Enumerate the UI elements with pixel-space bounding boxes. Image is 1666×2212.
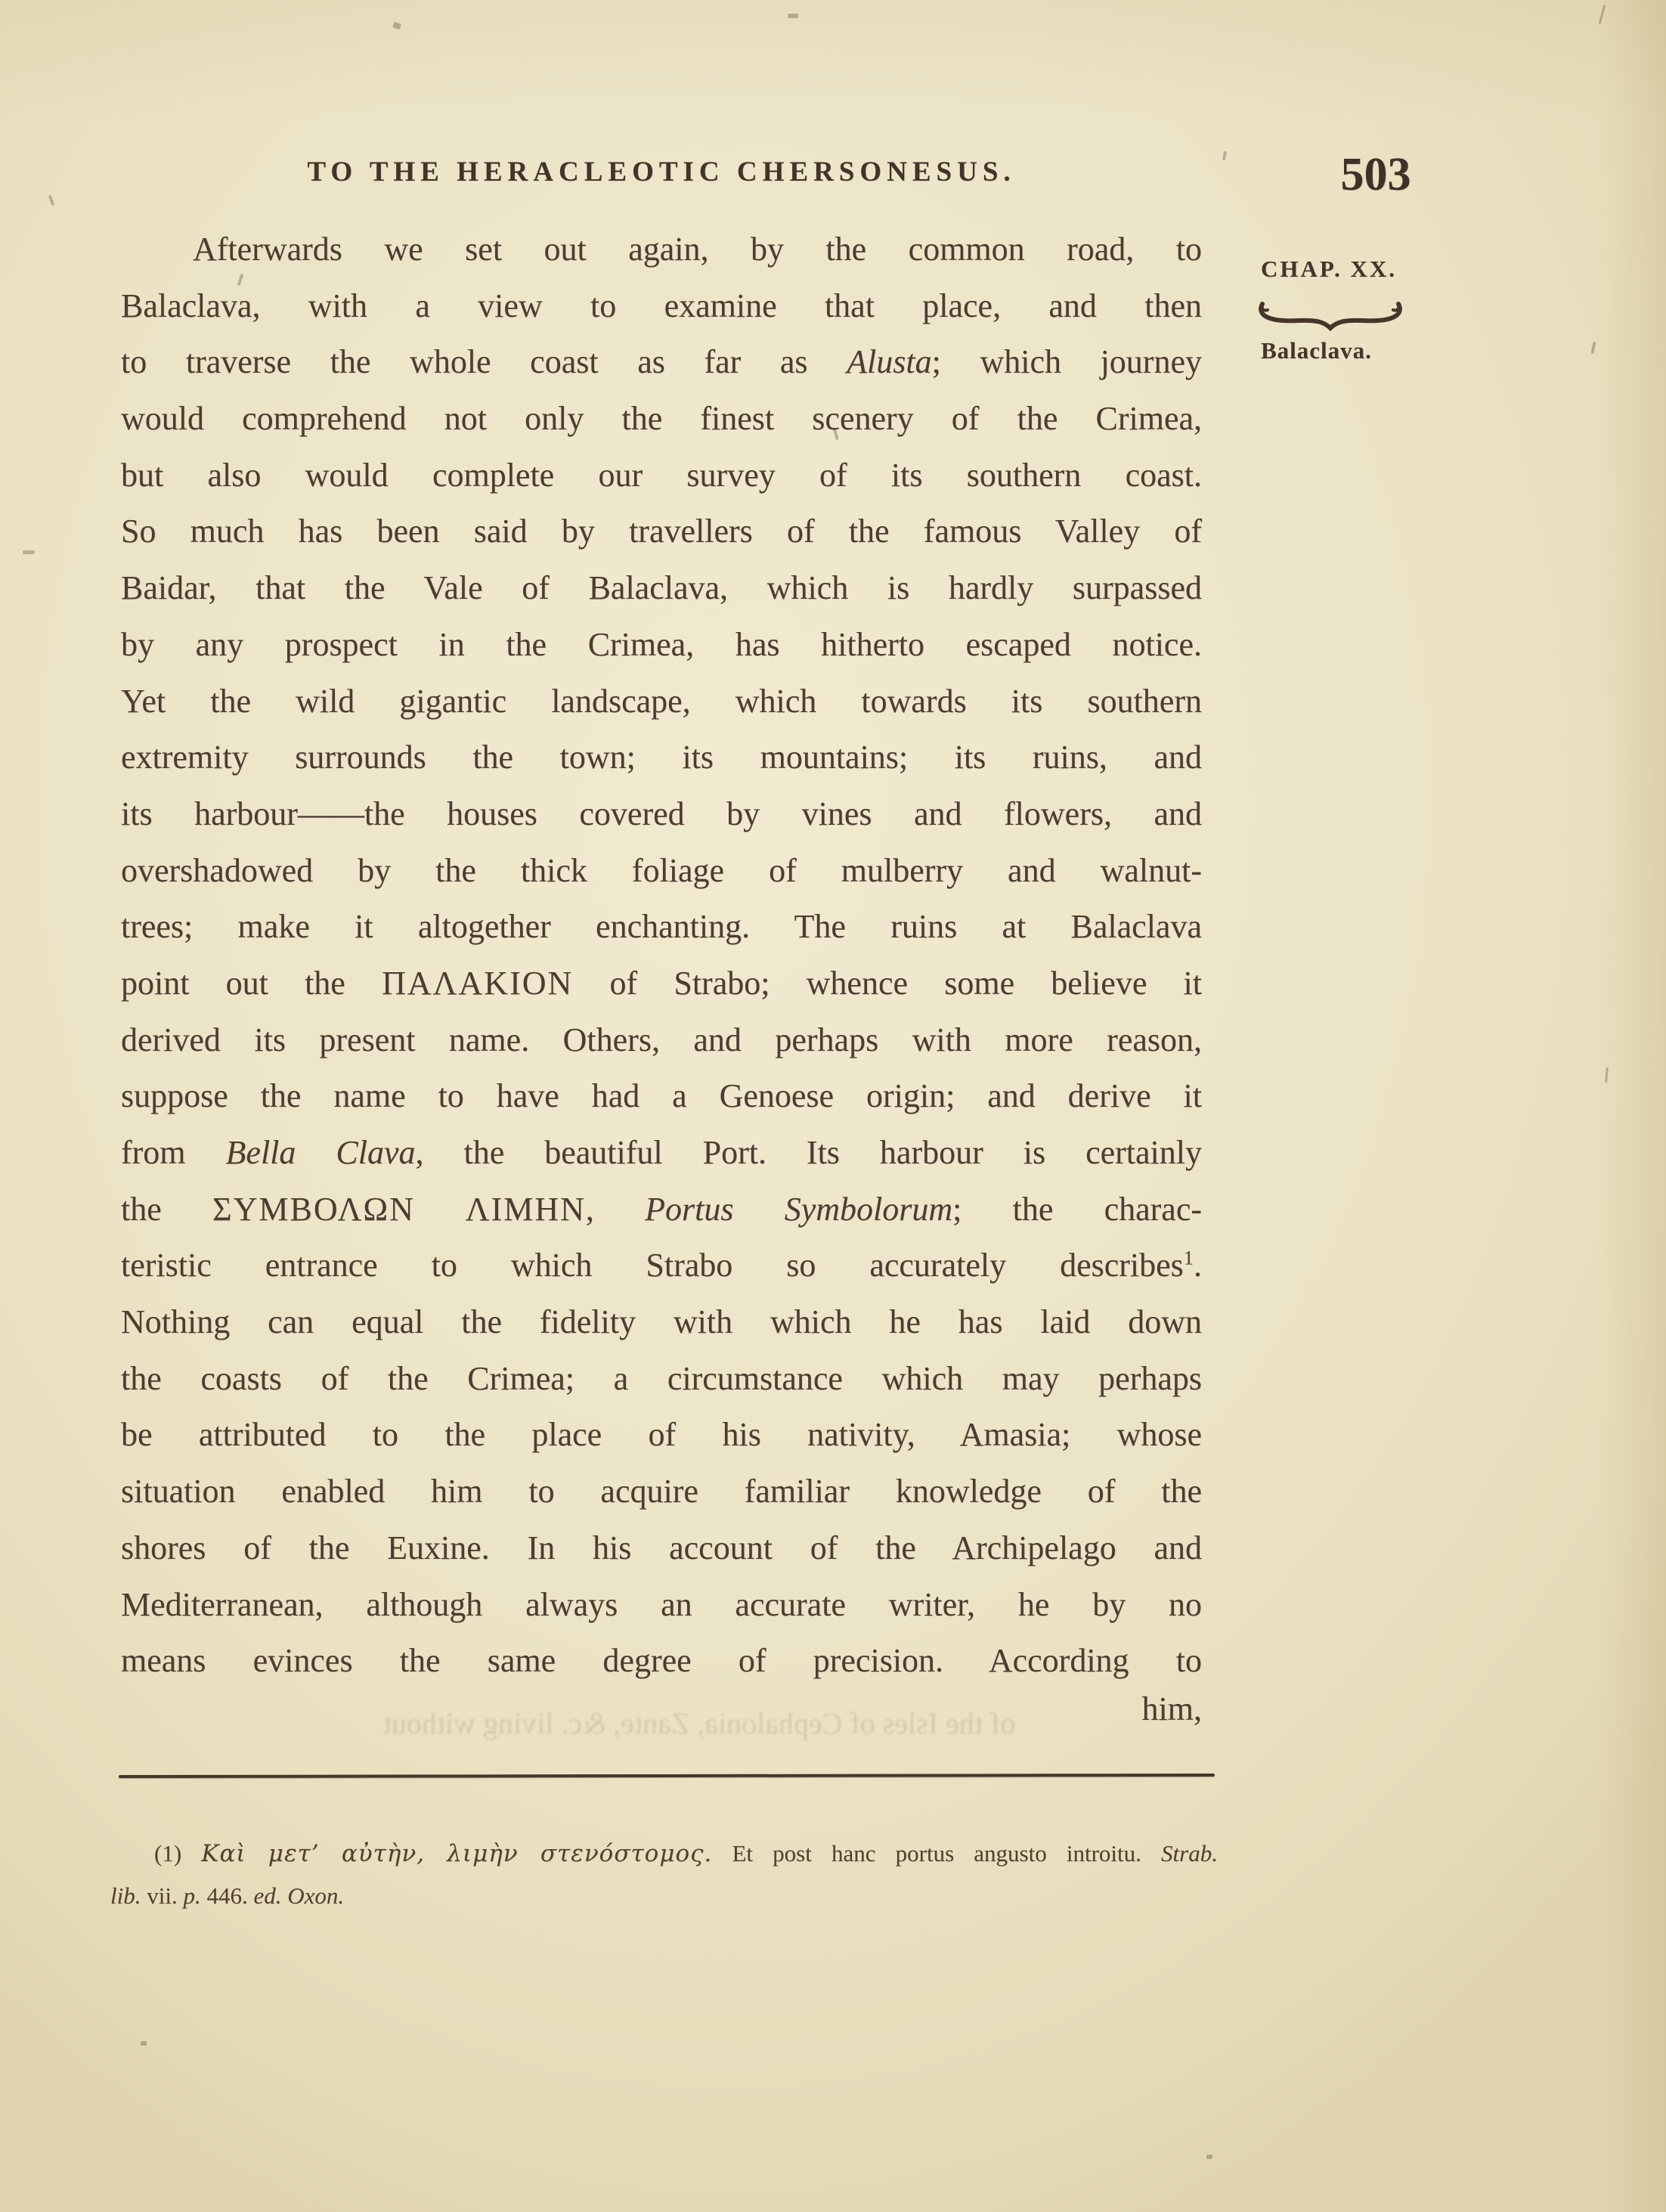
text-segment: So much has been said by travellers of t… — [121, 513, 1202, 550]
page-number: 503 — [1319, 148, 1432, 202]
body-line: its harbour——the houses covered by vines… — [121, 786, 1202, 843]
body-line: but also would complete our survey of it… — [121, 448, 1202, 504]
text-segment: 1 — [1184, 1247, 1194, 1269]
body-line: derived its present name. Others, and pe… — [121, 1012, 1202, 1069]
text-segment: shores of the Euxine. In his account of … — [121, 1529, 1202, 1566]
paper-speck — [1206, 2155, 1212, 2159]
paper-speck — [788, 14, 798, 18]
text-segment: Alusta — [847, 343, 931, 380]
body-line: trees; make it altogether enchanting. Th… — [121, 899, 1202, 956]
body-line: Balaclava, with a view to examine that p… — [121, 278, 1202, 335]
body-line: the ΣΥΜΒΟΛΩΝ ΛΙΜΗΝ, Portus Symbolorum; t… — [121, 1182, 1202, 1238]
text-segment: Mediterranean, although always an accura… — [121, 1586, 1202, 1623]
paper-speck — [1605, 1067, 1609, 1083]
chapter-brace-flourish-icon — [1255, 298, 1409, 331]
text-segment: p. — [183, 1882, 200, 1909]
text-segment: derived its present name. Others, and pe… — [121, 1021, 1202, 1058]
text-segment: ed. Oxon. — [253, 1882, 344, 1909]
body-line: shores of the Euxine. In his account of … — [121, 1520, 1202, 1577]
text-segment: Balaclava, with a view to examine that p… — [121, 287, 1202, 324]
text-segment: ΠΑΛΑΚΙΟΝ — [382, 965, 573, 1002]
body-line: extremity surrounds the town; its mounta… — [121, 730, 1202, 786]
side-margin-note: Balaclava. — [1261, 337, 1372, 364]
text-segment: to traverse the whole coast as far as — [121, 343, 847, 380]
body-line: Mediterranean, although always an accura… — [121, 1577, 1202, 1634]
paper-speck — [1599, 5, 1606, 24]
text-segment: teristic entrance to which Strabo so acc… — [121, 1247, 1184, 1284]
body-line: overshadowed by the thick foliage of mul… — [121, 843, 1202, 900]
text-segment: by any prospect in the Crimea, has hithe… — [121, 626, 1202, 663]
paper-speck — [1590, 342, 1596, 354]
body-line: situation enabled him to acquire familia… — [121, 1464, 1202, 1520]
text-segment: ; which journey — [932, 343, 1202, 380]
body-line: by any prospect in the Crimea, has hithe… — [121, 617, 1202, 674]
paper-speck — [141, 2041, 147, 2046]
body-line: Yet the wild gigantic landscape, which t… — [121, 674, 1202, 730]
text-segment: trees; make it altogether enchanting. Th… — [121, 908, 1202, 945]
text-segment: Καὶ μετ’ αὐτὴν, λιμὴν στενόστομος. — [201, 1840, 712, 1867]
text-segment: situation enabled him to acquire familia… — [121, 1473, 1202, 1510]
catchword: him, — [121, 1690, 1202, 1728]
body-line: Afterwards we set out again, by the comm… — [121, 222, 1202, 278]
paper-speck — [1222, 151, 1227, 161]
chapter-margin-note: CHAP. XX. — [1261, 256, 1397, 283]
text-segment: , — [586, 1191, 645, 1228]
footnote: (1) Καὶ μετ’ αὐτὴν, λιμὴν στενόστομος. E… — [110, 1832, 1218, 1917]
body-line: Baidar, that the Vale of Balaclava, whic… — [121, 560, 1202, 617]
body-text: Afterwards we set out again, by the comm… — [121, 222, 1202, 1690]
footnote-rule — [119, 1774, 1215, 1778]
text-segment: the — [121, 1191, 212, 1228]
footnote-line: (1) Καὶ μετ’ αὐτὴν, λιμὴν στενόστομος. E… — [110, 1832, 1218, 1875]
text-segment: Afterwards we set out again, by the comm… — [193, 231, 1202, 268]
book-page-scan: TO THE HERACLEOTIC CHERSONESUS. 503 CHAP… — [0, 0, 1666, 2212]
text-segment: Strab. — [1161, 1840, 1218, 1867]
text-segment: would comprehend not only the finest sce… — [121, 400, 1202, 437]
text-segment: . — [1194, 1247, 1202, 1284]
text-segment: be attributed to the place of his nativi… — [121, 1416, 1202, 1453]
text-segment: Baidar, that the Vale of Balaclava, whic… — [121, 569, 1202, 606]
text-segment: Yet the wild gigantic landscape, which t… — [121, 683, 1202, 720]
text-segment: the coasts of the Crimea; a circumstance… — [121, 1360, 1202, 1397]
text-segment: overshadowed by the thick foliage of mul… — [121, 852, 1202, 889]
text-segment: means evinces the same degree of precisi… — [121, 1642, 1202, 1679]
body-line: So much has been said by travellers of t… — [121, 503, 1202, 560]
text-segment: from — [121, 1134, 226, 1171]
running-head: TO THE HERACLEOTIC CHERSONESUS. — [121, 156, 1202, 188]
text-segment: Nothing can equal the fidelity with whic… — [121, 1303, 1202, 1340]
body-line: Nothing can equal the fidelity with whic… — [121, 1294, 1202, 1351]
footnote-line: lib. vii. p. 446. ed. Oxon. — [110, 1875, 1218, 1917]
body-line: means evinces the same degree of precisi… — [121, 1633, 1202, 1690]
text-segment: point out the — [121, 965, 382, 1002]
body-line: teristic entrance to which Strabo so acc… — [121, 1238, 1202, 1294]
body-line: to traverse the whole coast as far as Al… — [121, 334, 1202, 391]
text-segment: lib. — [110, 1882, 141, 1909]
text-segment: ΣΥΜΒΟΛΩΝ ΛΙΜΗΝ — [212, 1191, 586, 1228]
body-line: from Bella Clava, the beautiful Port. It… — [121, 1125, 1202, 1182]
text-segment: suppose the name to have had a Genoese o… — [121, 1077, 1202, 1114]
paper-speck — [392, 22, 401, 30]
text-segment: extremity surrounds the town; its mounta… — [121, 739, 1202, 776]
text-segment: 446. — [201, 1882, 254, 1909]
text-segment: but also would complete our survey of it… — [121, 457, 1202, 494]
body-line: point out the ΠΑΛΑΚΙΟΝ of Strabo; whence… — [121, 956, 1202, 1012]
text-segment: Bella Clava — [226, 1134, 416, 1171]
paper-speck — [23, 550, 35, 554]
text-segment: Portus Symbolorum — [645, 1191, 952, 1228]
body-line: suppose the name to have had a Genoese o… — [121, 1068, 1202, 1125]
text-segment: its harbour——the houses covered by vines… — [121, 795, 1202, 832]
text-segment: vii. — [141, 1882, 183, 1909]
body-line: the coasts of the Crimea; a circumstance… — [121, 1351, 1202, 1408]
body-line: be attributed to the place of his nativi… — [121, 1407, 1202, 1464]
text-segment: , the beautiful Port. Its harbour is cer… — [415, 1134, 1202, 1171]
text-segment: of Strabo; whence some believe it — [573, 965, 1202, 1002]
text-segment: (1) — [154, 1840, 201, 1867]
paper-speck — [48, 195, 55, 206]
body-line: would comprehend not only the finest sce… — [121, 391, 1202, 448]
text-segment: Et post hanc portus angusto introitu. — [712, 1840, 1161, 1867]
text-segment: ; the charac- — [952, 1191, 1202, 1228]
